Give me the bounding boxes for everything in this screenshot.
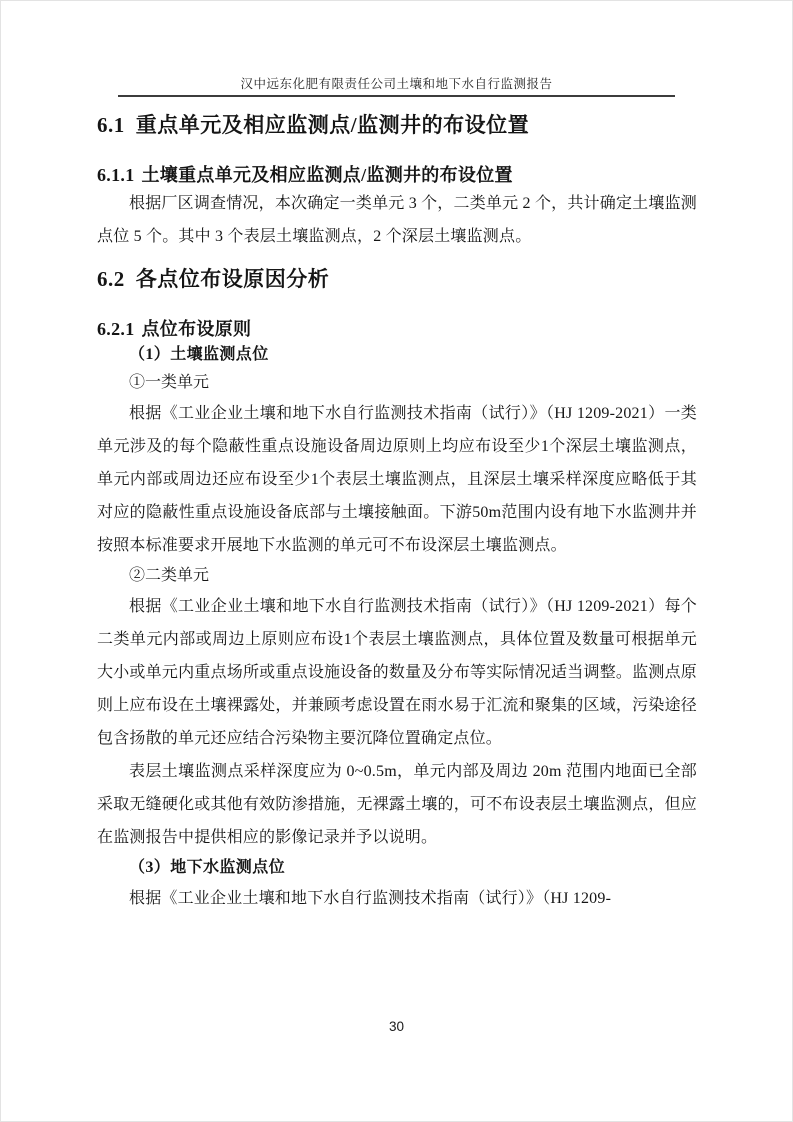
page-header: 汉中远东化肥有限责任公司土壤和地下水自行监测报告: [118, 0, 675, 97]
heading-6-1-title: 重点单元及相应监测点/监测井的布设位置: [136, 113, 529, 137]
paragraph-surface-soil: 表层土壤监测点采样深度应为 0~0.5m，单元内部及周边 20m 范围内地面已全…: [97, 755, 697, 854]
heading-6-1-1: 6.1.1土壤重点单元及相应监测点/监测井的布设位置: [97, 163, 697, 187]
label-unit1: ①一类单元: [97, 369, 697, 397]
subheading-groundwater-points: （3）地下水监测点位: [97, 854, 697, 882]
paragraph-unit1: 根据《工业企业土壤和地下水自行监测技术指南（试行）》（HJ 1209-2021）…: [97, 397, 697, 562]
heading-6-1-1-title: 土壤重点单元及相应监测点/监测井的布设位置: [142, 165, 513, 185]
document-page: 汉中远东化肥有限责任公司土壤和地下水自行监测报告 6.1重点单元及相应监测点/监…: [0, 0, 793, 1122]
heading-6-2: 6.2各点位布设原因分析: [97, 265, 697, 293]
heading-6-1-1-number: 6.1.1: [97, 165, 135, 185]
heading-6-2-1: 6.2.1点位布设原则: [97, 317, 697, 341]
paragraph-unit2: 根据《工业企业土壤和地下水自行监测技术指南（试行）》（HJ 1209-2021）…: [97, 590, 697, 755]
header-title: 汉中远东化肥有限责任公司土壤和地下水自行监测报告: [118, 77, 675, 92]
paragraph-groundwater: 根据《工业企业土壤和地下水自行监测技术指南（试行）》（HJ 1209-: [97, 882, 697, 915]
subheading-soil-points: （1）土壤监测点位: [97, 341, 697, 369]
heading-6-2-1-title: 点位布设原则: [142, 319, 252, 339]
document-body: 6.1重点单元及相应监测点/监测井的布设位置 6.1.1土壤重点单元及相应监测点…: [97, 97, 697, 915]
heading-6-2-1-number: 6.2.1: [97, 319, 135, 339]
paragraph-overview: 根据厂区调查情况，本次确定一类单元 3 个，二类单元 2 个，共计确定土壤监测点…: [97, 187, 697, 253]
heading-6-2-number: 6.2: [97, 267, 125, 291]
page-footer: 30: [0, 1018, 793, 1036]
label-unit2: ②二类单元: [97, 562, 697, 590]
heading-6-2-title: 各点位布设原因分析: [136, 267, 330, 291]
heading-6-1-number: 6.1: [97, 113, 125, 137]
heading-6-1: 6.1重点单元及相应监测点/监测井的布设位置: [97, 111, 697, 139]
page-number: 30: [389, 1019, 404, 1034]
